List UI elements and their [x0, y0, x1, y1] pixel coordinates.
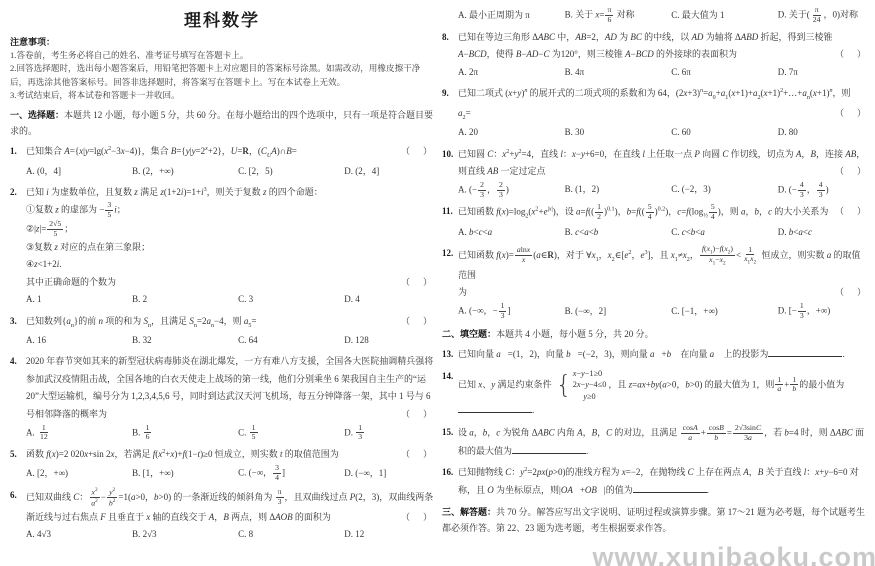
option-B: B. 2: [132, 291, 238, 308]
question-body: 已知数列{an}的前 n 项的和为 Sn，且满足 Sn=2an−4，则 a5=（…: [26, 313, 434, 333]
notice-item-2: 2.回答选择题时，选出每小题答案后，用铅笔把答题卡上对应题目的答案标号涂黑。如需…: [10, 62, 434, 89]
option-C: C. 60: [671, 124, 778, 141]
option-D: D. b<a<c: [778, 224, 868, 241]
option-C: C. (−2，3): [671, 181, 778, 198]
option-A: A. 4√3: [26, 526, 132, 543]
question-body: 已知函数 f(x)=alnxx(a∈R)，对于 ∀x1，x2∈[e2，e3]，且…: [458, 245, 868, 302]
question-number: 9.: [442, 85, 449, 103]
option-D: D. 4: [344, 291, 434, 308]
question-body: 已知 i 为虚数单位，且复数 z 满足 z(1+2i)=1+i3，则关于复数 z…: [26, 184, 434, 292]
option-A: A. 20: [458, 124, 565, 141]
question-16: 16.已知抛物线 C：y2=2px(p>0)的准线方程为 x=−2，在抛物线 C…: [442, 464, 868, 499]
question-body: 设 a，b，c 为锐角 ΔABC 内角 A，B，C 的对边，且满足 cosAa+…: [458, 424, 868, 460]
options-row: A. 20B. 30C. 60D. 80: [458, 124, 868, 141]
options-row: A. 最小正周期为 πB. 关于 x=π6 对称C. 最大值为 1D. 关于(π…: [458, 6, 868, 25]
option-D: D. (2，4]: [344, 163, 434, 180]
option-C: C. 最大值为 1: [671, 7, 778, 24]
question-1: 1.已知集合 A={x|y=lg(x2−3x−4)}，集合 B={y|y=2x+…: [10, 143, 434, 180]
option-B: B. (−∞，2]: [565, 303, 672, 320]
option-D: D. (−∞，1]: [344, 465, 434, 482]
question-body: 已知集合 A={x|y=lg(x2−3x−4)}，集合 B={y|y=2x+2}…: [26, 143, 434, 163]
notice-block: 注意事项： 1.答卷前，考生务必将自己的姓名、准考证号填写在答题卡上。 2.回答…: [10, 35, 434, 102]
question-7-options: A. 最小正周期为 πB. 关于 x=π6 对称C. 最大值为 1D. 关于(π…: [442, 6, 868, 25]
option-B: B. 32: [132, 332, 238, 349]
option-D: D. 128: [344, 332, 434, 349]
option-C: C. 15: [238, 424, 344, 443]
option-B: B. [1，+∞): [132, 465, 238, 482]
option-A: A. (0，4]: [26, 163, 132, 180]
question-11: 11.已知函数 f(x)=log2(x2+e|x|)，设 a=f((12)0.1…: [442, 203, 868, 240]
question-number: 8.: [442, 29, 449, 47]
option-B: B. 30: [565, 124, 672, 141]
option-D: D. 7π: [778, 64, 868, 81]
option-B: B. (1，2): [565, 181, 672, 198]
question-number: 11.: [442, 203, 453, 221]
option-C: C. 6π: [671, 64, 778, 81]
answer-paren: （ ）: [835, 46, 868, 64]
option-B: B. 2√3: [132, 526, 238, 543]
section-answer: 三、解答题：共 70 分。解答应写出文字说明、证明过程或演算步骤。第 17～21…: [442, 505, 868, 536]
option-D: D. 12: [344, 526, 434, 543]
question-number: 4.: [10, 353, 17, 371]
option-D: D. 13: [344, 424, 434, 443]
option-C: C. (−∞，34]: [238, 464, 344, 483]
question-body: 已知二项式 (x+y)n 的展开式的二项式项的系数和为 64，(2x+3)n=a…: [458, 85, 868, 124]
option-A: A. 16: [26, 332, 132, 349]
notice-heading: 注意事项：: [10, 35, 434, 48]
option-A: A. (−∞，−13]: [458, 302, 565, 321]
left-column: 理科数学 注意事项： 1.答卷前，考生务必将自己的姓名、准考证号填写在答题卡上。…: [10, 0, 434, 547]
options-row: A. [2，+∞)B. [1，+∞)C. (−∞，34]D. (−∞，1]: [26, 464, 434, 483]
right-column: A. 最小正周期为 πB. 关于 x=π6 对称C. 最大值为 1D. 关于(π…: [442, 2, 868, 540]
question-3: 3.已知数列{an}的前 n 项的和为 Sn，且满足 Sn=2an−4，则 a5…: [10, 313, 434, 350]
question-number: 10.: [442, 146, 453, 164]
option-A: A. (−23，23): [458, 181, 565, 200]
question-9: 9.已知二项式 (x+y)n 的展开式的二项式项的系数和为 64，(2x+3)n…: [442, 85, 868, 142]
options-row: A. 2πB. 4πC. 6πD. 7π: [458, 64, 868, 81]
question-body: 已知抛物线 C：y2=2px(p>0)的准线方程为 x=−2，在抛物线 C 上存…: [458, 464, 868, 499]
option-A: A. b<c<a: [458, 224, 565, 241]
right-questions: A. 最小正周期为 πB. 关于 x=π6 对称C. 最大值为 1D. 关于(π…: [442, 6, 868, 536]
option-C: C. [2，5): [238, 163, 344, 180]
answer-paren: （ ）: [835, 163, 868, 181]
option-B: B. 关于 x=π6 对称: [565, 6, 672, 25]
question-number: 14.: [442, 368, 453, 386]
option-B: B. c<a<b: [565, 224, 672, 241]
left-questions: 一、选择题：本题共 12 小题，每小题 5 分，共 60 分。在每小题给出的四个…: [10, 108, 434, 543]
option-C: C. 3: [238, 291, 344, 308]
options-row: A. (−23，23)B. (1，2)C. (−2，3)D. (−43，43): [458, 181, 868, 200]
question-14: 14.已知 x、y 满足约束条件 {x−y−1≥02x−y−4≤0y≥0，且 z…: [442, 368, 868, 420]
question-number: 5.: [10, 446, 17, 464]
question-10: 10.已知圆 C：x2+y2=4，直线 l：x−y+6=0，在直线 l 上任取一…: [442, 146, 868, 200]
answer-paren: （ ）: [401, 406, 434, 424]
question-body: 已知函数 f(x)=log2(x2+e|x|)，设 a=f((12)0.1)，b…: [458, 203, 868, 223]
question-body: 已知 x、y 满足约束条件 {x−y−1≥02x−y−4≤0y≥0，且 z=ax…: [458, 368, 868, 420]
question-13: 13.已知向量 a⃗=(1，2)，向量 b⃗=(−2，3)，则向量 a⃗+b⃗ …: [442, 346, 868, 364]
section-choice: 一、选择题：本题共 12 小题，每小题 5 分，共 60 分。在每小题给出的四个…: [10, 108, 434, 139]
answer-paren: （ ）: [401, 143, 434, 161]
answer-paren: （ ）: [401, 509, 434, 527]
option-D: D. (−43，43): [778, 181, 868, 200]
question-6: 6.已知双曲线 C：x2a2−y2b2=1(a>0，b>0) 的一条渐近线的倾斜…: [10, 487, 434, 544]
answer-paren: （ ）: [835, 203, 868, 221]
option-A: A. [2，+∞): [26, 465, 132, 482]
question-8: 8.已知在等边三角形 ΔABC 中，AB=2，AD 为 BC 的中线，以 AD …: [442, 29, 868, 81]
option-D: D. [−13，+∞): [778, 302, 868, 321]
option-A: A. 最小正周期为 π: [458, 7, 565, 24]
question-15: 15.设 a，b，c 为锐角 ΔABC 内角 A，B，C 的对边，且满足 cos…: [442, 424, 868, 460]
question-number: 13.: [442, 346, 453, 364]
watermark: www.xunibaoku.com: [592, 542, 875, 566]
options-row: A. 112B. 16C. 15D. 13: [26, 424, 434, 443]
answer-paren: （ ）: [401, 313, 434, 331]
options-row: A. (0，4]B. (2，+∞)C. [2，5)D. (2，4]: [26, 163, 434, 180]
option-C: C. 8: [238, 526, 344, 543]
option-B: B. (2，+∞): [132, 163, 238, 180]
question-number: 12.: [442, 245, 453, 263]
option-A: A. 1: [26, 291, 132, 308]
option-D: D. 关于(π24，0)对称: [778, 6, 868, 25]
options-row: A. 1B. 2C. 3D. 4: [26, 291, 434, 308]
section-fill: 二、填空题：本题共 4 小题，每小题 5 分，共 20 分。: [442, 327, 868, 342]
options-row: A. (−∞，−13]B. (−∞，2]C. [−1，+∞)D. [−13，+∞…: [458, 302, 868, 321]
question-number: 16.: [442, 464, 453, 482]
question-body: 已知双曲线 C：x2a2−y2b2=1(a>0，b>0) 的一条渐近线的倾斜角为…: [26, 487, 434, 526]
answer-paren: （ ）: [401, 446, 434, 464]
answer-paren: （ ）: [835, 284, 868, 302]
question-12: 12.已知函数 f(x)=alnxx(a∈R)，对于 ∀x1，x2∈[e2，e3…: [442, 245, 868, 321]
question-body: 函数 f(x)=2 020x+sin 2x，若满足 f(x2+x)+f(1−t)…: [26, 446, 434, 464]
question-body: 已知在等边三角形 ΔABC 中，AB=2，AD 为 BC 的中线，以 AD 为轴…: [458, 29, 868, 64]
option-A: A. 112: [26, 424, 132, 443]
question-5: 5.函数 f(x)=2 020x+sin 2x，若满足 f(x2+x)+f(1−…: [10, 446, 434, 482]
question-body: 已知向量 a⃗=(1，2)，向量 b⃗=(−2，3)，则向量 a⃗+b⃗ 在向量…: [458, 346, 868, 364]
notice-item-3: 3.考试结束后，将本试卷和答题卡一并收回。: [10, 89, 434, 102]
answer-paren: （ ）: [835, 105, 868, 123]
question-body: 2020 年春节突如其来的新型冠状病毒肺炎在湖北爆发，一方有难八方支援，全国各大…: [26, 353, 434, 423]
option-D: D. 80: [778, 124, 868, 141]
option-B: B. 4π: [565, 64, 672, 81]
options-row: A. b<c<aB. c<a<bC. c<b<aD. b<a<c: [458, 224, 868, 241]
options-row: A. 4√3B. 2√3C. 8D. 12: [26, 526, 434, 543]
question-4: 4.2020 年春节突如其来的新型冠状病毒肺炎在湖北爆发，一方有难八方支援，全国…: [10, 353, 434, 442]
answer-paren: （ ）: [401, 274, 434, 292]
option-B: B. 16: [132, 424, 238, 443]
notice-item-1: 1.答卷前，考生务必将自己的姓名、准考证号填写在答题卡上。: [10, 49, 434, 62]
option-A: A. 2π: [458, 64, 565, 81]
option-C: C. [−1，+∞): [671, 303, 778, 320]
question-number: 2.: [10, 184, 17, 202]
question-2: 2.已知 i 为虚数单位，且复数 z 满足 z(1+2i)=1+i3，则关于复数…: [10, 184, 434, 309]
option-C: C. 64: [238, 332, 344, 349]
option-C: C. c<b<a: [671, 224, 778, 241]
exam-page: 理科数学 注意事项： 1.答卷前，考生务必将自己的姓名、准考证号填写在答题卡上。…: [0, 0, 875, 566]
question-body: 已知圆 C：x2+y2=4，直线 l：x−y+6=0，在直线 l 上任取一点 P…: [458, 146, 868, 181]
question-number: 15.: [442, 424, 453, 442]
question-number: 1.: [10, 143, 17, 161]
question-number: 3.: [10, 313, 17, 331]
options-row: A. 16B. 32C. 64D. 128: [26, 332, 434, 349]
page-title: 理科数学: [10, 6, 434, 31]
question-number: 6.: [10, 487, 17, 505]
